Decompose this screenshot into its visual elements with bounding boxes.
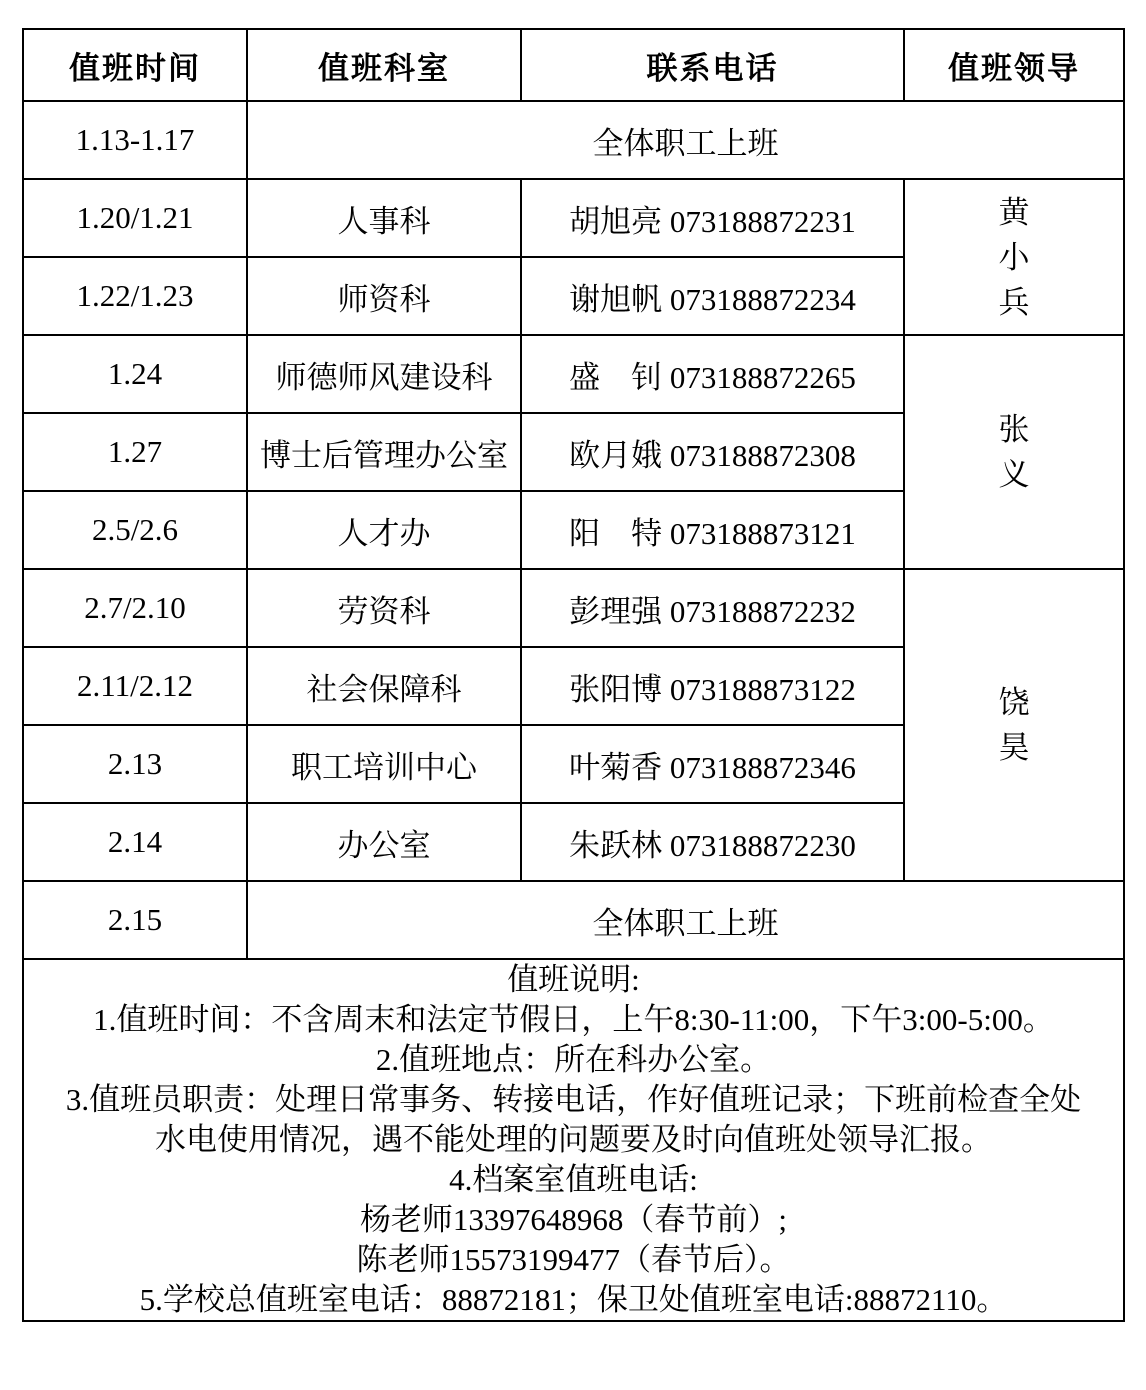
note-line: 1.值班时间：不含周末和法定节假日，上午8:30-11:00，下午3:00-5:… (24, 1000, 1123, 1040)
leader-cell: 黄 小 兵 (904, 179, 1124, 335)
time-cell: 1.22/1.23 (23, 257, 247, 335)
time-cell: 1.20/1.21 (23, 179, 247, 257)
contact-cell: 张阳博 073188873122 (521, 647, 904, 725)
department-cell: 办公室 (247, 803, 521, 881)
department-cell: 劳资科 (247, 569, 521, 647)
note-line: 4.档案室值班电话: (24, 1160, 1123, 1200)
time-cell: 2.11/2.12 (23, 647, 247, 725)
header-duty-leader: 值班领导 (904, 29, 1124, 101)
leader-cell: 张 义 (904, 335, 1124, 569)
department-cell: 师德师风建设科 (247, 335, 521, 413)
department-cell: 博士后管理办公室 (247, 413, 521, 491)
department-cell: 人才办 (247, 491, 521, 569)
table-row: 1.13-1.17 全体职工上班 (23, 101, 1124, 179)
header-duty-department: 值班科室 (247, 29, 521, 101)
table-row: 2.15 全体职工上班 (23, 881, 1124, 959)
time-cell: 1.27 (23, 413, 247, 491)
time-cell: 2.5/2.6 (23, 491, 247, 569)
duty-schedule-table: 值班时间 值班科室 联系电话 值班领导 1.13-1.17 全体职工上班 1.2… (22, 28, 1125, 1322)
contact-cell: 彭理强 073188872232 (521, 569, 904, 647)
notes-cell: 值班说明: 1.值班时间：不含周末和法定节假日，上午8:30-11:00，下午3… (23, 959, 1124, 1321)
note-line: 5.学校总值班室电话：88872181；保卫处值班室电话:88872110。 (24, 1280, 1123, 1320)
contact-cell: 叶菊香 073188872346 (521, 725, 904, 803)
contact-cell: 朱跃林 073188872230 (521, 803, 904, 881)
contact-cell: 胡旭亮 073188872231 (521, 179, 904, 257)
note-line: 3.值班员职责：处理日常事务、转接电话，作好值班记录；下班前检查全处 (24, 1080, 1123, 1120)
table-row: 1.20/1.21 人事科 胡旭亮 073188872231 黄 小 兵 (23, 179, 1124, 257)
department-cell: 职工培训中心 (247, 725, 521, 803)
note-line: 2.值班地点：所在科办公室。 (24, 1040, 1123, 1080)
department-cell: 人事科 (247, 179, 521, 257)
leader-cell: 饶 昊 (904, 569, 1124, 881)
merged-status-cell: 全体职工上班 (247, 101, 1124, 179)
department-cell: 社会保障科 (247, 647, 521, 725)
header-row: 值班时间 值班科室 联系电话 值班领导 (23, 29, 1124, 101)
time-cell: 2.15 (23, 881, 247, 959)
contact-cell: 欧月娥 073188872308 (521, 413, 904, 491)
notes-row: 值班说明: 1.值班时间：不含周末和法定节假日，上午8:30-11:00，下午3… (23, 959, 1124, 1321)
table-row: 2.7/2.10 劳资科 彭理强 073188872232 饶 昊 (23, 569, 1124, 647)
time-cell: 2.13 (23, 725, 247, 803)
header-contact-phone: 联系电话 (521, 29, 904, 101)
department-cell: 师资科 (247, 257, 521, 335)
notes-title: 值班说明: (24, 960, 1123, 1000)
page: 值班时间 值班科室 联系电话 值班领导 1.13-1.17 全体职工上班 1.2… (0, 0, 1146, 1390)
contact-cell: 谢旭帆 073188872234 (521, 257, 904, 335)
contact-cell: 阳 特 073188873121 (521, 491, 904, 569)
time-cell: 1.24 (23, 335, 247, 413)
contact-cell: 盛 钊 073188872265 (521, 335, 904, 413)
time-cell: 2.14 (23, 803, 247, 881)
header-duty-time: 值班时间 (23, 29, 247, 101)
table-row: 1.24 师德师风建设科 盛 钊 073188872265 张 义 (23, 335, 1124, 413)
merged-status-cell: 全体职工上班 (247, 881, 1124, 959)
time-cell: 1.13-1.17 (23, 101, 247, 179)
note-line: 陈老师15573199477（春节后）。 (24, 1240, 1123, 1280)
time-cell: 2.7/2.10 (23, 569, 247, 647)
note-line: 水电使用情况，遇不能处理的问题要及时向值班处领导汇报。 (24, 1120, 1123, 1160)
note-line: 杨老师13397648968（春节前）; (24, 1200, 1123, 1240)
